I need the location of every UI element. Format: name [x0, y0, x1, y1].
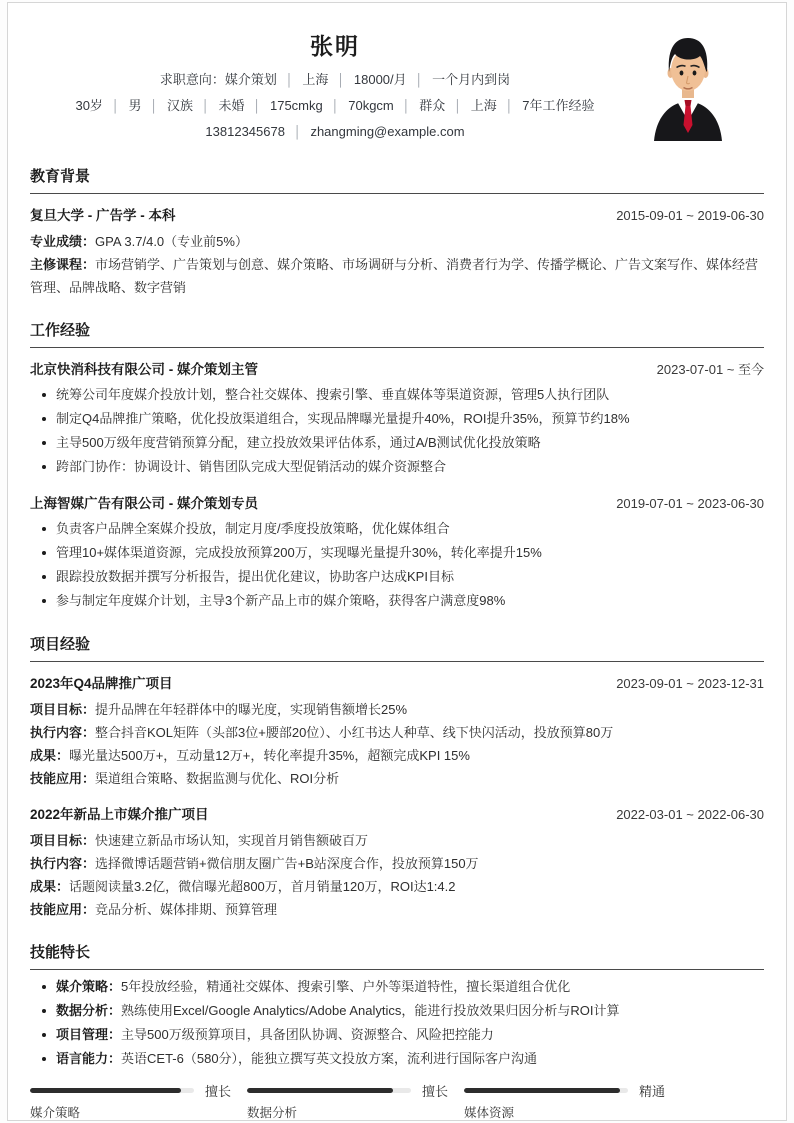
bullet-dot	[42, 1057, 46, 1061]
education-date-range: 2015-09-01 ~ 2019-06-30	[616, 207, 764, 224]
project-detail-list: 项目目标：提升品牌在年轻群体中的曝光度，实现销售额增长25%执行内容：整合抖音K…	[30, 698, 764, 790]
separator: │	[253, 99, 261, 113]
list-item: 跨部门协作：协调设计、销售团队完成大型促销活动的媒介资源整合	[30, 455, 764, 479]
school-degree-title: 复旦大学 - 广告学 - 本科	[30, 207, 176, 224]
project-entry-1-head: 2023年Q4品牌推广项目 2023-09-01 ~ 2023-12-31	[30, 675, 764, 692]
bullet-dot	[42, 551, 46, 555]
project-entry-2-head: 2022年新品上市媒介推广项目 2022-03-01 ~ 2022-06-30	[30, 806, 764, 823]
project-date-range: 2022-03-01 ~ 2022-06-30	[616, 806, 764, 823]
bullet-dot	[42, 985, 46, 989]
list-item: 主导500万级年度营销预算分配，建立投放效果评估体系，通过A/B测试优化投放策略	[30, 431, 764, 455]
separator: │	[294, 125, 302, 139]
candidate-name: 张明	[30, 31, 640, 61]
eye-left	[680, 71, 684, 76]
separator: │	[454, 99, 462, 113]
item-label: 主修课程：	[30, 257, 95, 272]
info-item: 70kgcm	[348, 98, 394, 113]
profile-photo	[643, 28, 733, 141]
separator: │	[112, 99, 120, 113]
section-work: 工作经验 北京快消科技有限公司 - 媒介策划主管 2023-07-01 ~ 至今…	[30, 323, 764, 613]
item-text: 统筹公司年度媒介投放计划，整合社交媒体、搜索引擎、垂直媒体等渠道资源，管理5人执…	[56, 383, 609, 407]
work-entry-2-head: 上海智媒广告有限公司 - 媒介策划专员 2019-07-01 ~ 2023-06…	[30, 495, 764, 512]
item-text: 市场营销学、广告策划与创意、媒介策略、市场调研与分析、消费者行为学、传播学概论、…	[30, 257, 758, 295]
education-entry: 复旦大学 - 广告学 - 本科 2015-09-01 ~ 2019-06-30 …	[30, 207, 764, 299]
item-label: 成果：	[30, 748, 69, 763]
work-highlights: 负责客户品牌全案媒介投放，制定月度/季度投放策略，优化媒体组合管理10+媒体渠道…	[30, 517, 764, 613]
section-title-education: 教育背景	[30, 169, 764, 194]
work-date-range: 2019-07-01 ~ 2023-06-30	[616, 495, 764, 512]
contact-line: 13812345678│zhangming@example.com	[30, 119, 640, 145]
bullet-dot	[42, 527, 46, 531]
section-title-work: 工作经验	[30, 323, 764, 348]
item-text: 整合抖音KOL矩阵（头部3位+腰部20位）、小红书达人种草、线下快闪活动，投放预…	[95, 725, 613, 740]
item-text: 快速建立新品市场认知，实现首月销售额破百万	[95, 833, 368, 848]
skill-bar-fill	[30, 1088, 181, 1093]
skill-bar-row: 擅长	[30, 1082, 231, 1099]
item-text: 跟踪投放数据并撰写分析报告，提出优化建议，协助客户达成KPI目标	[56, 565, 454, 589]
info-item: 汉族	[167, 98, 193, 113]
item-text: GPA 3.7/4.0（专业前5%）	[95, 234, 248, 249]
item-label: 执行内容：	[30, 725, 95, 740]
skill-bar-row: 精通	[464, 1082, 665, 1099]
list-item: 制定Q4品牌推广策略，优化投放渠道组合，实现品牌曝光量提升40%，ROI提升35…	[30, 407, 764, 431]
skill-name-label: 数据分析	[247, 1106, 448, 1121]
item-text: 管理10+媒体渠道资源，完成投放预算200万，实现曝光量提升30%，转化率提升1…	[56, 541, 542, 565]
skill-bar-track	[464, 1088, 628, 1093]
item-text: 主导500万级年度营销预算分配，建立投放效果评估体系，通过A/B测试优化投放策略	[56, 431, 541, 455]
list-item: 数据分析：熟练使用Excel/Google Analytics/Adobe An…	[30, 999, 764, 1023]
company-position-title: 北京快消科技有限公司 - 媒介策划主管	[30, 361, 258, 378]
skill-level-label: 擅长	[422, 1081, 448, 1100]
skills-bullet-list: 媒介策略：5年投放经验，精通社交媒体、搜索引擎、户外等渠道特性，擅长渠道组合优化…	[30, 975, 764, 1071]
separator: │	[403, 99, 411, 113]
list-item: 管理10+媒体渠道资源，完成投放预算200万，实现曝光量提升30%，转化率提升1…	[30, 541, 764, 565]
info-item: 18000/月	[354, 72, 407, 87]
skill-bar-media-strategy: 擅长 媒介策略	[30, 1082, 231, 1121]
work-highlights: 统筹公司年度媒介投放计划，整合社交媒体、搜索引擎、垂直媒体等渠道资源，管理5人执…	[30, 383, 764, 479]
item-text: 负责客户品牌全案媒介投放，制定月度/季度投放策略，优化媒体组合	[56, 517, 450, 541]
info-item: 13812345678	[205, 124, 285, 139]
list-item: 项目目标：提升品牌在年轻群体中的曝光度，实现销售额增长25%	[30, 698, 764, 721]
skill-name-label: 媒体资源	[464, 1106, 665, 1121]
project-title: 2022年新品上市媒介推广项目	[30, 806, 209, 823]
info-item: 群众	[419, 98, 445, 113]
bullet-dot	[42, 465, 46, 469]
project-title: 2023年Q4品牌推广项目	[30, 675, 173, 692]
info-item: 男	[128, 98, 141, 113]
skill-bar-track	[30, 1088, 194, 1093]
section-title-projects: 项目经验	[30, 637, 764, 662]
bullet-dot	[42, 393, 46, 397]
info-item: 未婚	[218, 98, 244, 113]
separator: │	[416, 73, 424, 87]
work-entry-2: 上海智媒广告有限公司 - 媒介策划专员 2019-07-01 ~ 2023-06…	[30, 495, 764, 613]
item-label: 技能应用：	[30, 902, 95, 917]
skill-bar-track	[247, 1088, 411, 1093]
education-detail-list: 专业成绩：GPA 3.7/4.0（专业前5%）主修课程：市场营销学、广告策划与创…	[30, 230, 764, 299]
skill-level-label: 精通	[639, 1081, 665, 1100]
info-item: 上海	[302, 72, 328, 87]
avatar-illustration	[643, 28, 733, 141]
item-label: 执行内容：	[30, 856, 95, 871]
header-text-block: 张明 求职意向：媒介策划│上海│18000/月│一个月内到岗 30岁│男│汉族│…	[30, 3, 640, 145]
profile-line: 30岁│男│汉族│未婚│175cmkg│70kgcm│群众│上海│7年工作经验	[30, 93, 640, 119]
item-label: 专业成绩：	[30, 234, 95, 249]
list-item: 技能应用：渠道组合策略、数据监测与优化、ROI分析	[30, 767, 764, 790]
item-label: 项目目标：	[30, 833, 95, 848]
item-text: 提升品牌在年轻群体中的曝光度，实现销售额增长25%	[95, 702, 407, 717]
section-projects: 项目经验 2023年Q4品牌推广项目 2023-09-01 ~ 2023-12-…	[30, 637, 764, 921]
project-detail-list: 项目目标：快速建立新品市场认知，实现首月销售额破百万执行内容：选择微博话题营销+…	[30, 829, 764, 921]
project-entry-2: 2022年新品上市媒介推广项目 2022-03-01 ~ 2022-06-30 …	[30, 806, 764, 921]
list-item: 专业成绩：GPA 3.7/4.0（专业前5%）	[30, 230, 764, 253]
item-label: 语言能力：	[56, 1047, 121, 1071]
separator: │	[286, 73, 294, 87]
skill-level-label: 擅长	[205, 1081, 231, 1100]
separator: │	[332, 99, 340, 113]
work-entry-1-head: 北京快消科技有限公司 - 媒介策划主管 2023-07-01 ~ 至今	[30, 361, 764, 378]
info-item: 7年工作经验	[522, 98, 594, 113]
separator: │	[202, 99, 210, 113]
company-position-title: 上海智媒广告有限公司 - 媒介策划专员	[30, 495, 258, 512]
list-item: 执行内容：选择微博话题营销+微信朋友圈广告+B站深度合作，投放预算150万	[30, 852, 764, 875]
section-skills: 技能特长 媒介策略：5年投放经验，精通社交媒体、搜索引擎、户外等渠道特性，擅长渠…	[30, 945, 764, 1121]
item-text: 话题阅读量3.2亿，微信曝光超800万，首月销量120万，ROI达1:4.2	[69, 879, 455, 894]
skill-bar-media-resources: 精通 媒体资源	[464, 1082, 665, 1121]
bullet-dot	[42, 575, 46, 579]
project-entry-1: 2023年Q4品牌推广项目 2023-09-01 ~ 2023-12-31 项目…	[30, 675, 764, 790]
item-text: 主导500万级预算项目，具备团队协调、资源整合、风险把控能力	[121, 1023, 494, 1047]
tie-knot-shape	[685, 100, 692, 106]
item-text: 参与制定年度媒介计划，主导3个新产品上市的媒介策略，获得客户满意度98%	[56, 589, 505, 613]
list-item: 执行内容：整合抖音KOL矩阵（头部3位+腰部20位）、小红书达人种草、线下快闪活…	[30, 721, 764, 744]
item-text: 曝光量达500万+，互动量12万+，转化率提升35%，超额完成KPI 15%	[69, 748, 470, 763]
item-text: 英语CET-6（580分），能独立撰写英文投放方案，流利进行国际客户沟通	[121, 1047, 537, 1071]
item-label: 项目管理：	[56, 1023, 121, 1047]
eye-right	[693, 71, 697, 76]
bullet-dot	[42, 599, 46, 603]
list-item: 媒介策略：5年投放经验，精通社交媒体、搜索引擎、户外等渠道特性，擅长渠道组合优化	[30, 975, 764, 999]
work-entry-1: 北京快消科技有限公司 - 媒介策划主管 2023-07-01 ~ 至今 统筹公司…	[30, 361, 764, 479]
skill-bar-data-analysis: 擅长 数据分析	[247, 1082, 448, 1121]
list-item: 负责客户品牌全案媒介投放，制定月度/季度投放策略，优化媒体组合	[30, 517, 764, 541]
item-text: 渠道组合策略、数据监测与优化、ROI分析	[95, 771, 339, 786]
separator: │	[150, 99, 158, 113]
list-item: 跟踪投放数据并撰写分析报告，提出优化建议，协助客户达成KPI目标	[30, 565, 764, 589]
info-item: zhangming@example.com	[310, 124, 464, 139]
item-label: 数据分析：	[56, 999, 121, 1023]
skill-bar-row: 擅长	[247, 1082, 448, 1099]
bullet-dot	[42, 417, 46, 421]
item-label: 技能应用：	[30, 771, 95, 786]
item-text: 跨部门协作：协调设计、销售团队完成大型促销活动的媒介资源整合	[56, 455, 446, 479]
list-item: 成果：话题阅读量3.2亿，微信曝光超800万，首月销量120万，ROI达1:4.…	[30, 875, 764, 898]
info-item: 30岁	[75, 98, 102, 113]
job-intent-line: 求职意向：媒介策划│上海│18000/月│一个月内到岗	[30, 67, 640, 93]
section-education: 教育背景 复旦大学 - 广告学 - 本科 2015-09-01 ~ 2019-0…	[30, 169, 764, 299]
list-item: 主修课程：市场营销学、广告策划与创意、媒介策略、市场调研与分析、消费者行为学、传…	[30, 253, 764, 299]
info-item: 175cmkg	[270, 98, 323, 113]
separator: │	[337, 73, 345, 87]
item-text: 5年投放经验，精通社交媒体、搜索引擎、户外等渠道特性，擅长渠道组合优化	[121, 975, 570, 999]
list-item: 语言能力：英语CET-6（580分），能独立撰写英文投放方案，流利进行国际客户沟…	[30, 1047, 764, 1071]
section-title-skills: 技能特长	[30, 945, 764, 970]
item-text: 制定Q4品牌推广策略，优化投放渠道组合，实现品牌曝光量提升40%，ROI提升35…	[56, 407, 630, 431]
skill-bar-fill	[464, 1088, 620, 1093]
skill-bars: 擅长 媒介策略 擅长 数据分析 精通	[30, 1082, 764, 1121]
item-label: 成果：	[30, 879, 69, 894]
list-item: 项目管理：主导500万级预算项目，具备团队协调、资源整合、风险把控能力	[30, 1023, 764, 1047]
bullet-dot	[42, 1033, 46, 1037]
item-text: 熟练使用Excel/Google Analytics/Adobe Analyti…	[121, 999, 619, 1023]
bullet-dot	[42, 1009, 46, 1013]
resume-header: 张明 求职意向：媒介策划│上海│18000/月│一个月内到岗 30岁│男│汉族│…	[30, 3, 764, 145]
item-label: 项目目标：	[30, 702, 95, 717]
item-text: 选择微博话题营销+微信朋友圈广告+B站深度合作，投放预算150万	[95, 856, 479, 871]
resume-page: 张明 求职意向：媒介策划│上海│18000/月│一个月内到岗 30岁│男│汉族│…	[7, 2, 787, 1121]
item-text: 竞品分析、媒体排期、预算管理	[95, 902, 277, 917]
list-item: 参与制定年度媒介计划，主导3个新产品上市的媒介策略，获得客户满意度98%	[30, 589, 764, 613]
list-item: 统筹公司年度媒介投放计划，整合社交媒体、搜索引擎、垂直媒体等渠道资源，管理5人执…	[30, 383, 764, 407]
skill-name-label: 媒介策略	[30, 1106, 231, 1121]
info-item: 一个月内到岗	[432, 72, 510, 87]
info-item: 上海	[471, 98, 497, 113]
education-entry-head: 复旦大学 - 广告学 - 本科 2015-09-01 ~ 2019-06-30	[30, 207, 764, 224]
bullet-dot	[42, 441, 46, 445]
project-date-range: 2023-09-01 ~ 2023-12-31	[616, 675, 764, 692]
skill-bar-fill	[247, 1088, 393, 1093]
work-date-range: 2023-07-01 ~ 至今	[657, 361, 764, 378]
info-item: 求职意向：媒介策划	[160, 72, 277, 87]
list-item: 成果：曝光量达500万+，互动量12万+，转化率提升35%，超额完成KPI 15…	[30, 744, 764, 767]
list-item: 技能应用：竞品分析、媒体排期、预算管理	[30, 898, 764, 921]
separator: │	[506, 99, 514, 113]
list-item: 项目目标：快速建立新品市场认知，实现首月销售额破百万	[30, 829, 764, 852]
item-label: 媒介策略：	[56, 975, 121, 999]
